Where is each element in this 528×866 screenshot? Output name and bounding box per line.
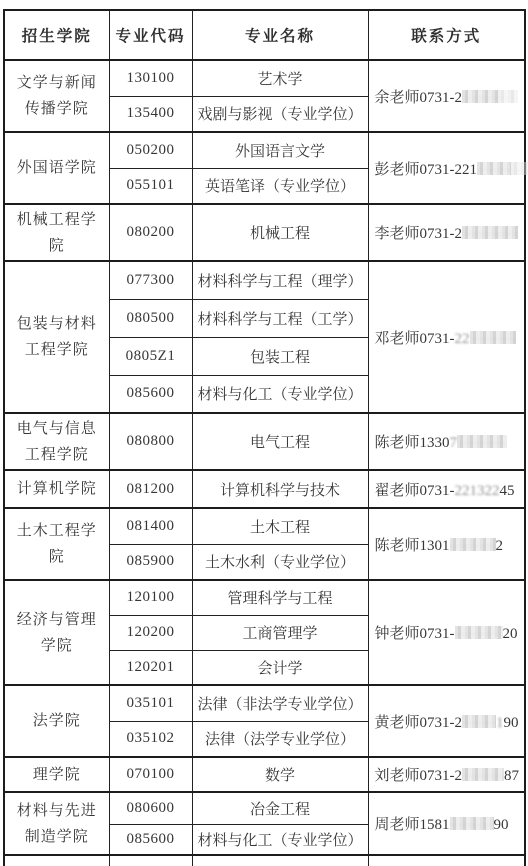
major-code-cell	[109, 855, 192, 866]
major-code-cell: 120100	[109, 580, 192, 615]
contact-text: 黄老师0731-2	[375, 715, 463, 731]
contact-text: 李老师0731-2	[375, 226, 463, 242]
contact-text: 余老师0731-2	[375, 90, 463, 106]
college-cell: 经济与管理学院	[4, 580, 109, 685]
contact-redaction-blur	[477, 162, 511, 175]
contact-text: 翟老师0731-	[375, 483, 455, 499]
contact-cell: 钟老师0731-20	[368, 580, 525, 685]
major-name-cell: 土木工程	[192, 508, 368, 544]
table-row-partial	[4, 855, 525, 866]
contact-redaction-blur	[462, 715, 496, 728]
table-row: 计算机学院081200计算机科学与技术翟老师0731-22132245	[4, 470, 525, 508]
contact-redaction-blur	[455, 626, 503, 639]
contact-redacted-faint-digits: 22	[455, 331, 470, 347]
major-code-cell: 070100	[109, 757, 192, 792]
contact-redaction-blur	[450, 538, 496, 551]
college-cell: 包装与材料工程学院	[4, 261, 109, 413]
major-code-cell: 085600	[109, 824, 192, 855]
major-name-cell: 材料科学与工程（工学）	[192, 299, 368, 337]
contact-text: 钟老师0731-	[375, 626, 455, 642]
contact-cell: 刘老师0731-287	[368, 757, 525, 792]
table-row: 土木工程学院081400土木工程陈老师13012	[4, 508, 525, 544]
admissions-table-wrapper: 招生学院 专业代码 专业名称 联系方式 文学与新闻传播学院130100艺术学余老…	[3, 9, 526, 866]
contact-redaction-blur	[457, 435, 507, 448]
college-cell: 外国语学院	[4, 132, 109, 204]
major-name-cell: 管理科学与工程	[192, 580, 368, 615]
contact-text: 87	[504, 768, 519, 784]
contact-redaction-blur	[498, 90, 518, 103]
college-cell: 法学院	[4, 685, 109, 757]
college-cell	[4, 855, 109, 866]
contact-text: 90	[494, 817, 509, 833]
major-name-cell: 冶金工程	[192, 792, 368, 824]
column-header-major: 专业名称	[192, 10, 368, 60]
table-row: 机械工程学院080200机械工程李老师0731-2	[4, 204, 525, 261]
major-name-cell: 外国语言文学	[192, 132, 368, 168]
table-row: 材料与先进制造学院080600冶金工程周老师158190	[4, 792, 525, 824]
college-cell: 理学院	[4, 757, 109, 792]
major-name-cell: 电气工程	[192, 413, 368, 470]
contact-text: 彭老师0731-221	[375, 162, 478, 178]
table-header: 招生学院 专业代码 专业名称 联系方式	[4, 10, 525, 60]
major-name-cell: 戏剧与影视（专业学位）	[192, 96, 368, 132]
college-cell: 计算机学院	[4, 470, 109, 508]
college-cell: 电气与信息工程学院	[4, 413, 109, 470]
table-row: 法学院035101法律（非法学专业学位）黄老师0731-2190	[4, 685, 525, 721]
contact-cell: 周老师158190	[368, 792, 525, 855]
table-body: 文学与新闻传播学院130100艺术学余老师0731-2135400戏剧与影视（专…	[4, 60, 525, 866]
table-row: 理学院070100数学刘老师0731-287	[4, 757, 525, 792]
table-row: 经济与管理学院120100管理科学与工程钟老师0731-20	[4, 580, 525, 615]
college-cell: 土木工程学院	[4, 508, 109, 580]
table-row: 电气与信息工程学院080800电气工程陈老师13307	[4, 413, 525, 470]
major-code-cell: 081200	[109, 470, 192, 508]
column-header-college: 招生学院	[4, 10, 109, 60]
major-name-cell: 材料与化工（专业学位）	[192, 375, 368, 413]
contact-cell: 陈老师13307	[368, 413, 525, 470]
contact-redaction-blur	[470, 331, 516, 344]
contact-redaction-blur	[462, 226, 518, 239]
contact-text: 45	[500, 483, 515, 499]
contact-cell: 黄老师0731-2190	[368, 685, 525, 757]
college-cell: 材料与先进制造学院	[4, 792, 109, 855]
contact-redaction-blur	[462, 90, 498, 103]
major-name-cell: 计算机科学与技术	[192, 470, 368, 508]
major-name-cell: 英语笔译（专业学位）	[192, 168, 368, 204]
contact-cell: 邓老师0731-22	[368, 261, 525, 413]
contact-redacted-faint-digits: 7	[450, 435, 458, 451]
college-cell: 文学与新闻传播学院	[4, 60, 109, 132]
contact-redaction-blur	[511, 162, 528, 175]
table-row: 包装与材料工程学院077300材料科学与工程（理学）邓老师0731-22	[4, 261, 525, 299]
contact-text: 陈老师1330	[375, 435, 450, 451]
major-code-cell: 085900	[109, 544, 192, 580]
contact-cell	[368, 855, 525, 866]
contact-text: 90	[504, 715, 519, 731]
major-code-cell: 035101	[109, 685, 192, 721]
contact-redaction-blur	[462, 768, 504, 781]
major-code-cell: 0805Z1	[109, 337, 192, 375]
major-code-cell: 077300	[109, 261, 192, 299]
contact-redaction-blur	[450, 817, 494, 830]
college-cell: 机械工程学院	[4, 204, 109, 261]
contact-redacted-faint-digits: 221322	[455, 483, 500, 499]
column-header-code: 专业代码	[109, 10, 192, 60]
contact-text: 陈老师1301	[375, 538, 450, 554]
header-row: 招生学院 专业代码 专业名称 联系方式	[4, 10, 525, 60]
contact-text: 周老师1581	[375, 817, 450, 833]
major-code-cell: 055101	[109, 168, 192, 204]
contact-cell: 翟老师0731-22132245	[368, 470, 525, 508]
major-name-cell: 艺术学	[192, 60, 368, 96]
contact-cell: 余老师0731-2	[368, 60, 525, 132]
major-name-cell: 数学	[192, 757, 368, 792]
major-code-cell: 080800	[109, 413, 192, 470]
contact-text: 邓老师0731-	[375, 331, 455, 347]
contact-text: 2	[496, 538, 504, 554]
major-name-cell: 机械工程	[192, 204, 368, 261]
major-name-cell: 法律（法学专业学位）	[192, 721, 368, 757]
major-name-cell: 会计学	[192, 650, 368, 685]
major-code-cell: 080600	[109, 792, 192, 824]
table-row: 文学与新闻传播学院130100艺术学余老师0731-2	[4, 60, 525, 96]
major-name-cell: 工商管理学	[192, 615, 368, 650]
admissions-table: 招生学院 专业代码 专业名称 联系方式 文学与新闻传播学院130100艺术学余老…	[3, 9, 526, 866]
major-code-cell: 081400	[109, 508, 192, 544]
contact-redacted-faint-digits: 1	[496, 715, 504, 731]
major-code-cell: 080500	[109, 299, 192, 337]
major-code-cell: 135400	[109, 96, 192, 132]
major-code-cell: 085600	[109, 375, 192, 413]
major-code-cell: 120200	[109, 615, 192, 650]
contact-text: 20	[503, 626, 518, 642]
major-name-cell: 材料科学与工程（理学）	[192, 261, 368, 299]
major-name-cell	[192, 855, 368, 866]
contact-cell: 彭老师0731-221	[368, 132, 525, 204]
major-name-cell: 法律（非法学专业学位）	[192, 685, 368, 721]
major-code-cell: 120201	[109, 650, 192, 685]
table-row: 外国语学院050200外国语言文学彭老师0731-221	[4, 132, 525, 168]
column-header-contact: 联系方式	[368, 10, 525, 60]
major-code-cell: 035102	[109, 721, 192, 757]
major-code-cell: 130100	[109, 60, 192, 96]
major-code-cell: 080200	[109, 204, 192, 261]
major-code-cell: 050200	[109, 132, 192, 168]
contact-text: 刘老师0731-2	[375, 768, 463, 784]
major-name-cell: 材料与化工（专业学位）	[192, 824, 368, 855]
major-name-cell: 土木水利（专业学位）	[192, 544, 368, 580]
contact-cell: 陈老师13012	[368, 508, 525, 580]
contact-cell: 李老师0731-2	[368, 204, 525, 261]
major-name-cell: 包装工程	[192, 337, 368, 375]
